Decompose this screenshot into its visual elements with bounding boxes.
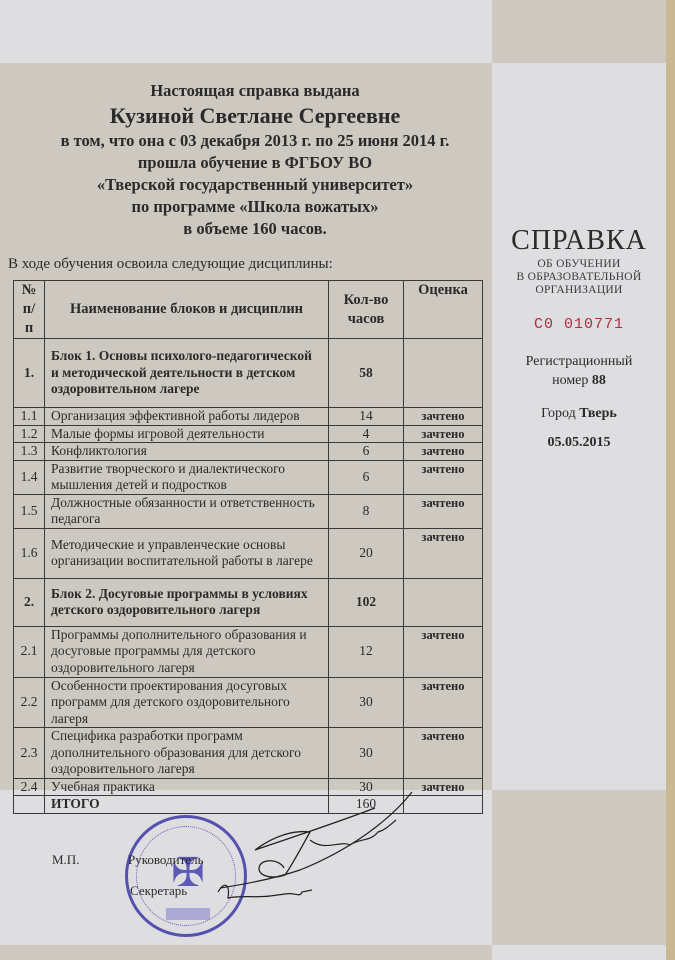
city: Город Тверь	[492, 404, 666, 423]
table-block-row: 1.Блок 1. Основы психолого-педагогическо…	[14, 339, 483, 408]
table-header-row: № п/п Наименование блоков и дисциплин Ко…	[14, 281, 483, 339]
row-grade: зачтено	[404, 528, 483, 578]
issue-date: 05.05.2015	[492, 433, 666, 452]
serial-number: С0 010771	[492, 316, 666, 333]
row-name: Должностные обязанности и ответственност…	[45, 494, 329, 528]
row-grade	[404, 578, 483, 626]
row-hours: 4	[329, 425, 404, 443]
table-row: 1.3Конфликтология6зачтено	[14, 443, 483, 461]
row-name: Специфика разработки программ дополнител…	[45, 728, 329, 779]
row-number: 1.4	[14, 460, 45, 494]
row-name: Развитие творческого и диалектического м…	[45, 460, 329, 494]
row-hours: 8	[329, 494, 404, 528]
table-row: 1.6Методические и управленческие основы …	[14, 528, 483, 578]
subtitle-line: В ОБРАЗОВАТЕЛЬНОЙ	[492, 271, 666, 284]
row-name: Особенности проектирования досуговых про…	[45, 677, 329, 728]
head-signature-label: Руководитель	[128, 852, 204, 868]
intro-line: по программе «Школа вожатых»	[40, 196, 470, 218]
seal-label: М.П.	[52, 852, 79, 868]
header-grade: Оценка	[404, 281, 483, 339]
row-name: Малые формы игровой деятельности	[45, 425, 329, 443]
row-hours: 30	[329, 728, 404, 779]
row-number: 1.6	[14, 528, 45, 578]
row-number: 1.2	[14, 425, 45, 443]
bg-band	[492, 790, 666, 945]
row-hours: 12	[329, 626, 404, 677]
subtitle-line: ОБ ОБУЧЕНИИ	[492, 258, 666, 271]
bg-band	[0, 0, 492, 63]
row-hours: 14	[329, 408, 404, 426]
row-hours: 58	[329, 339, 404, 408]
row-number: 2.3	[14, 728, 45, 779]
row-name: Организация эффективной работы лидеров	[45, 408, 329, 426]
row-number: 2.1	[14, 626, 45, 677]
row-grade: зачтено	[404, 677, 483, 728]
row-name: Блок 1. Основы психолого-педагогической …	[45, 339, 329, 408]
intro-line: в том, что она с 03 декабря 2013 г. по 2…	[40, 130, 470, 152]
subtitle-line: ОРГАНИЗАЦИИ	[492, 284, 666, 297]
table-row: 1.2Малые формы игровой деятельности4зачт…	[14, 425, 483, 443]
row-grade	[404, 339, 483, 408]
row-number	[14, 796, 45, 814]
row-number: 1.	[14, 339, 45, 408]
header-hours: Кол-во часов	[329, 281, 404, 339]
intro-line: прошла обучение в ФГБОУ ВО	[40, 152, 470, 174]
table-row: 1.1Организация эффективной работы лидеро…	[14, 408, 483, 426]
row-number: 1.3	[14, 443, 45, 461]
row-grade: зачтено	[404, 460, 483, 494]
certificate-intro: Настоящая справка выдана Кузиной Светлан…	[40, 80, 470, 240]
table-block-row: 2.Блок 2. Досуговые программы в условиях…	[14, 578, 483, 626]
reg-number-value: 88	[592, 373, 606, 388]
row-number: 2.4	[14, 778, 45, 796]
header-num: № п/п	[14, 281, 45, 339]
registration-number: Регистрационный номер 88	[492, 352, 666, 390]
row-grade: зачтено	[404, 494, 483, 528]
row-hours: 30	[329, 677, 404, 728]
disciplines-table: № п/п Наименование блоков и дисциплин Ко…	[13, 280, 483, 814]
row-hours: 102	[329, 578, 404, 626]
bg-band	[492, 945, 666, 960]
row-grade: зачтено	[404, 728, 483, 779]
row-grade: зачтено	[404, 408, 483, 426]
row-number: 1.5	[14, 494, 45, 528]
row-grade: зачтено	[404, 443, 483, 461]
row-number: 2.	[14, 578, 45, 626]
row-number: 2.2	[14, 677, 45, 728]
header-name: Наименование блоков и дисциплин	[45, 281, 329, 339]
row-name: Конфликтология	[45, 443, 329, 461]
table-row: 2.2Особенности проектирования досуговых …	[14, 677, 483, 728]
bg-band	[492, 0, 666, 63]
signatures-drawing	[200, 780, 460, 920]
row-hours: 20	[329, 528, 404, 578]
table-row: 1.4Развитие творческого и диалектическог…	[14, 460, 483, 494]
row-hours: 6	[329, 443, 404, 461]
city-label: Город	[541, 406, 576, 421]
secretary-signature-label: Секретарь	[130, 883, 187, 899]
city-value: Тверь	[579, 406, 617, 421]
table-row: 1.5Должностные обязанности и ответственн…	[14, 494, 483, 528]
row-name: Блок 2. Досуговые программы в условиях д…	[45, 578, 329, 626]
lead-text: В ходе обучения освоила следующие дисцип…	[8, 256, 333, 273]
intro-line: Настоящая справка выдана	[40, 80, 470, 102]
table-row: 2.1Программы дополнительного образования…	[14, 626, 483, 677]
row-name: Методические и управленческие основы орг…	[45, 528, 329, 578]
recipient-name: Кузиной Светлане Сергеевне	[40, 102, 470, 130]
row-number: 1.1	[14, 408, 45, 426]
row-name: Программы дополнительного образования и …	[45, 626, 329, 677]
table-row: 2.3Специфика разработки программ дополни…	[14, 728, 483, 779]
reg-number-label: номер	[552, 373, 588, 388]
intro-line: «Тверской государственный университет»	[40, 174, 470, 196]
bg-band	[0, 945, 492, 960]
reg-label: Регистрационный	[492, 352, 666, 371]
document-title: СПРАВКА	[492, 225, 666, 257]
intro-line: в объеме 160 часов.	[40, 218, 470, 240]
row-grade: зачтено	[404, 425, 483, 443]
document-subtitle: ОБ ОБУЧЕНИИ В ОБРАЗОВАТЕЛЬНОЙ ОРГАНИЗАЦИ…	[492, 258, 666, 297]
bg-band	[492, 63, 666, 790]
row-hours: 6	[329, 460, 404, 494]
row-grade: зачтено	[404, 626, 483, 677]
